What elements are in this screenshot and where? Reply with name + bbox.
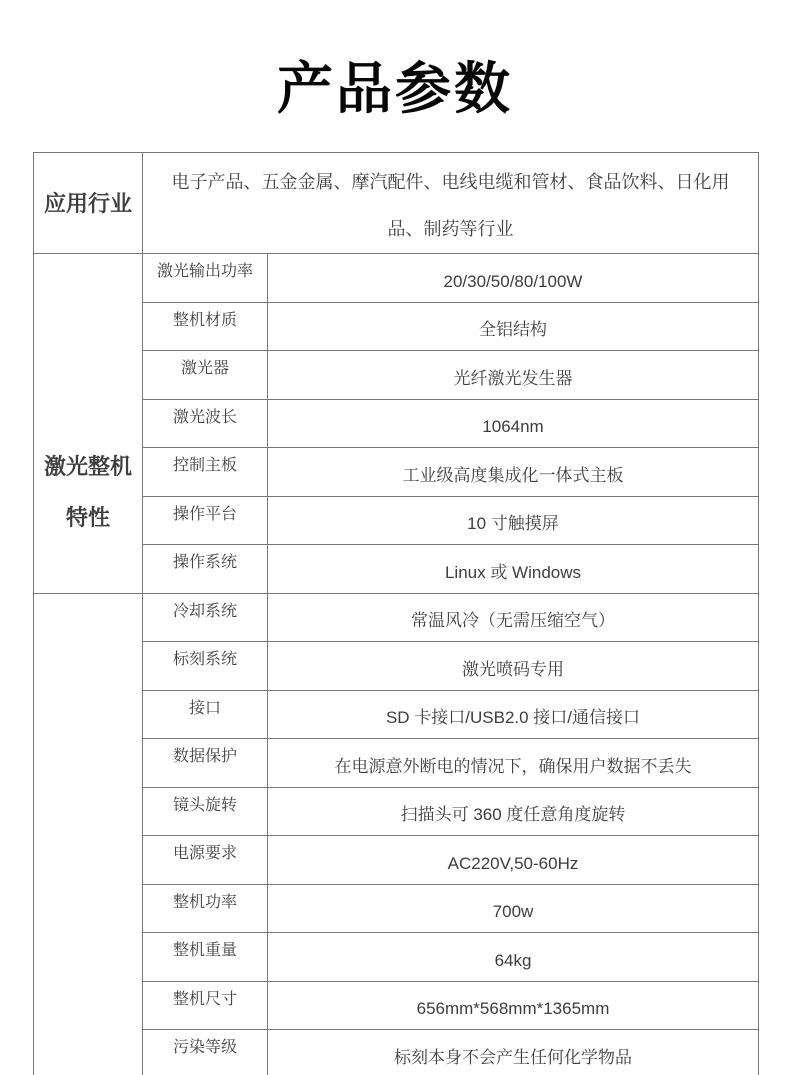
spec-value-cell: 10 寸触摸屏 [268, 496, 759, 545]
page-title: 产品参数 [0, 58, 790, 120]
table-row: 激光波长1064nm [34, 399, 759, 448]
spec-value-cell: 656mm*568mm*1365mm [268, 981, 759, 1030]
spec-label-cell: 污染等级 [143, 1030, 268, 1075]
table-row: 激光整机特性激光输出功率20/30/50/80/100W [34, 254, 759, 303]
spec-label-cell: 激光器 [143, 351, 268, 400]
spec-value-cell: 700w [268, 884, 759, 933]
spec-value-cell: 在电源意外断电的情况下，确保用户数据不丢失 [268, 739, 759, 788]
spec-table-body: 应用行业电子产品、五金金属、摩汽配件、电线电缆和管材、食品饮料、日化用品、制药等… [34, 153, 759, 1075]
spec-label-cell: 整机功率 [143, 884, 268, 933]
spec-label-cell: 激光波长 [143, 399, 268, 448]
table-row: 操作系统Linux 或 Windows [34, 545, 759, 594]
spec-label-cell: 镜头旋转 [143, 787, 268, 836]
spec-value-cell: Linux 或 Windows [268, 545, 759, 594]
spec-label-cell: 整机重量 [143, 933, 268, 982]
table-row: 标刻系统激光喷码专用 [34, 642, 759, 691]
spec-value-cell: 1064nm [268, 399, 759, 448]
spec-label-cell: 数据保护 [143, 739, 268, 788]
table-row: 整机材质全铝结构 [34, 302, 759, 351]
spec-table: 应用行业电子产品、五金金属、摩汽配件、电线电缆和管材、食品饮料、日化用品、制药等… [33, 152, 759, 1075]
table-row: 冷却系统常温风冷（无需压缩空气） [34, 593, 759, 642]
spec-value-cell: AC220V,50-60Hz [268, 836, 759, 885]
table-row: 整机尺寸656mm*568mm*1365mm [34, 981, 759, 1030]
spec-label-cell: 激光输出功率 [143, 254, 268, 303]
spec-label-cell: 标刻系统 [143, 642, 268, 691]
spec-value-cell: 20/30/50/80/100W [268, 254, 759, 303]
spec-value-cell: SD 卡接口/USB2.0 接口/通信接口 [268, 690, 759, 739]
spec-label-cell: 整机尺寸 [143, 981, 268, 1030]
spec-value-cell: 工业级高度集成化一体式主板 [268, 448, 759, 497]
table-row: 激光器光纤激光发生器 [34, 351, 759, 400]
spec-value-cell: 常温风冷（无需压缩空气） [268, 593, 759, 642]
spec-label-cell: 操作系统 [143, 545, 268, 594]
spec-value-cell: 激光喷码专用 [268, 642, 759, 691]
table-row: 污染等级标刻本身不会产生任何化学物品 [34, 1030, 759, 1075]
table-row: 电源要求AC220V,50-60Hz [34, 836, 759, 885]
table-row: 数据保护在电源意外断电的情况下，确保用户数据不丢失 [34, 739, 759, 788]
spec-value-cell: 电子产品、五金金属、摩汽配件、电线电缆和管材、食品饮料、日化用品、制药等行业 [143, 153, 759, 254]
spec-value-cell: 64kg [268, 933, 759, 982]
spec-label-cell: 接口 [143, 690, 268, 739]
table-row: 镜头旋转扫描头可 360 度任意角度旋转 [34, 787, 759, 836]
table-row: 整机重量64kg [34, 933, 759, 982]
table-row: 接口SD 卡接口/USB2.0 接口/通信接口 [34, 690, 759, 739]
spec-value-cell: 全铝结构 [268, 302, 759, 351]
spec-label-cell: 电源要求 [143, 836, 268, 885]
spec-value-cell: 扫描头可 360 度任意角度旋转 [268, 787, 759, 836]
group-cell: 激光整机特性 [34, 254, 143, 594]
group-cell [34, 593, 143, 1075]
spec-value-cell: 光纤激光发生器 [268, 351, 759, 400]
spec-value-cell: 标刻本身不会产生任何化学物品 [268, 1030, 759, 1075]
spec-label-cell: 控制主板 [143, 448, 268, 497]
table-row: 整机功率700w [34, 884, 759, 933]
group-cell: 应用行业 [34, 153, 143, 254]
table-row: 应用行业电子产品、五金金属、摩汽配件、电线电缆和管材、食品饮料、日化用品、制药等… [34, 153, 759, 254]
spec-label-cell: 操作平台 [143, 496, 268, 545]
table-row: 控制主板工业级高度集成化一体式主板 [34, 448, 759, 497]
spec-label-cell: 整机材质 [143, 302, 268, 351]
spec-label-cell: 冷却系统 [143, 593, 268, 642]
table-row: 操作平台10 寸触摸屏 [34, 496, 759, 545]
